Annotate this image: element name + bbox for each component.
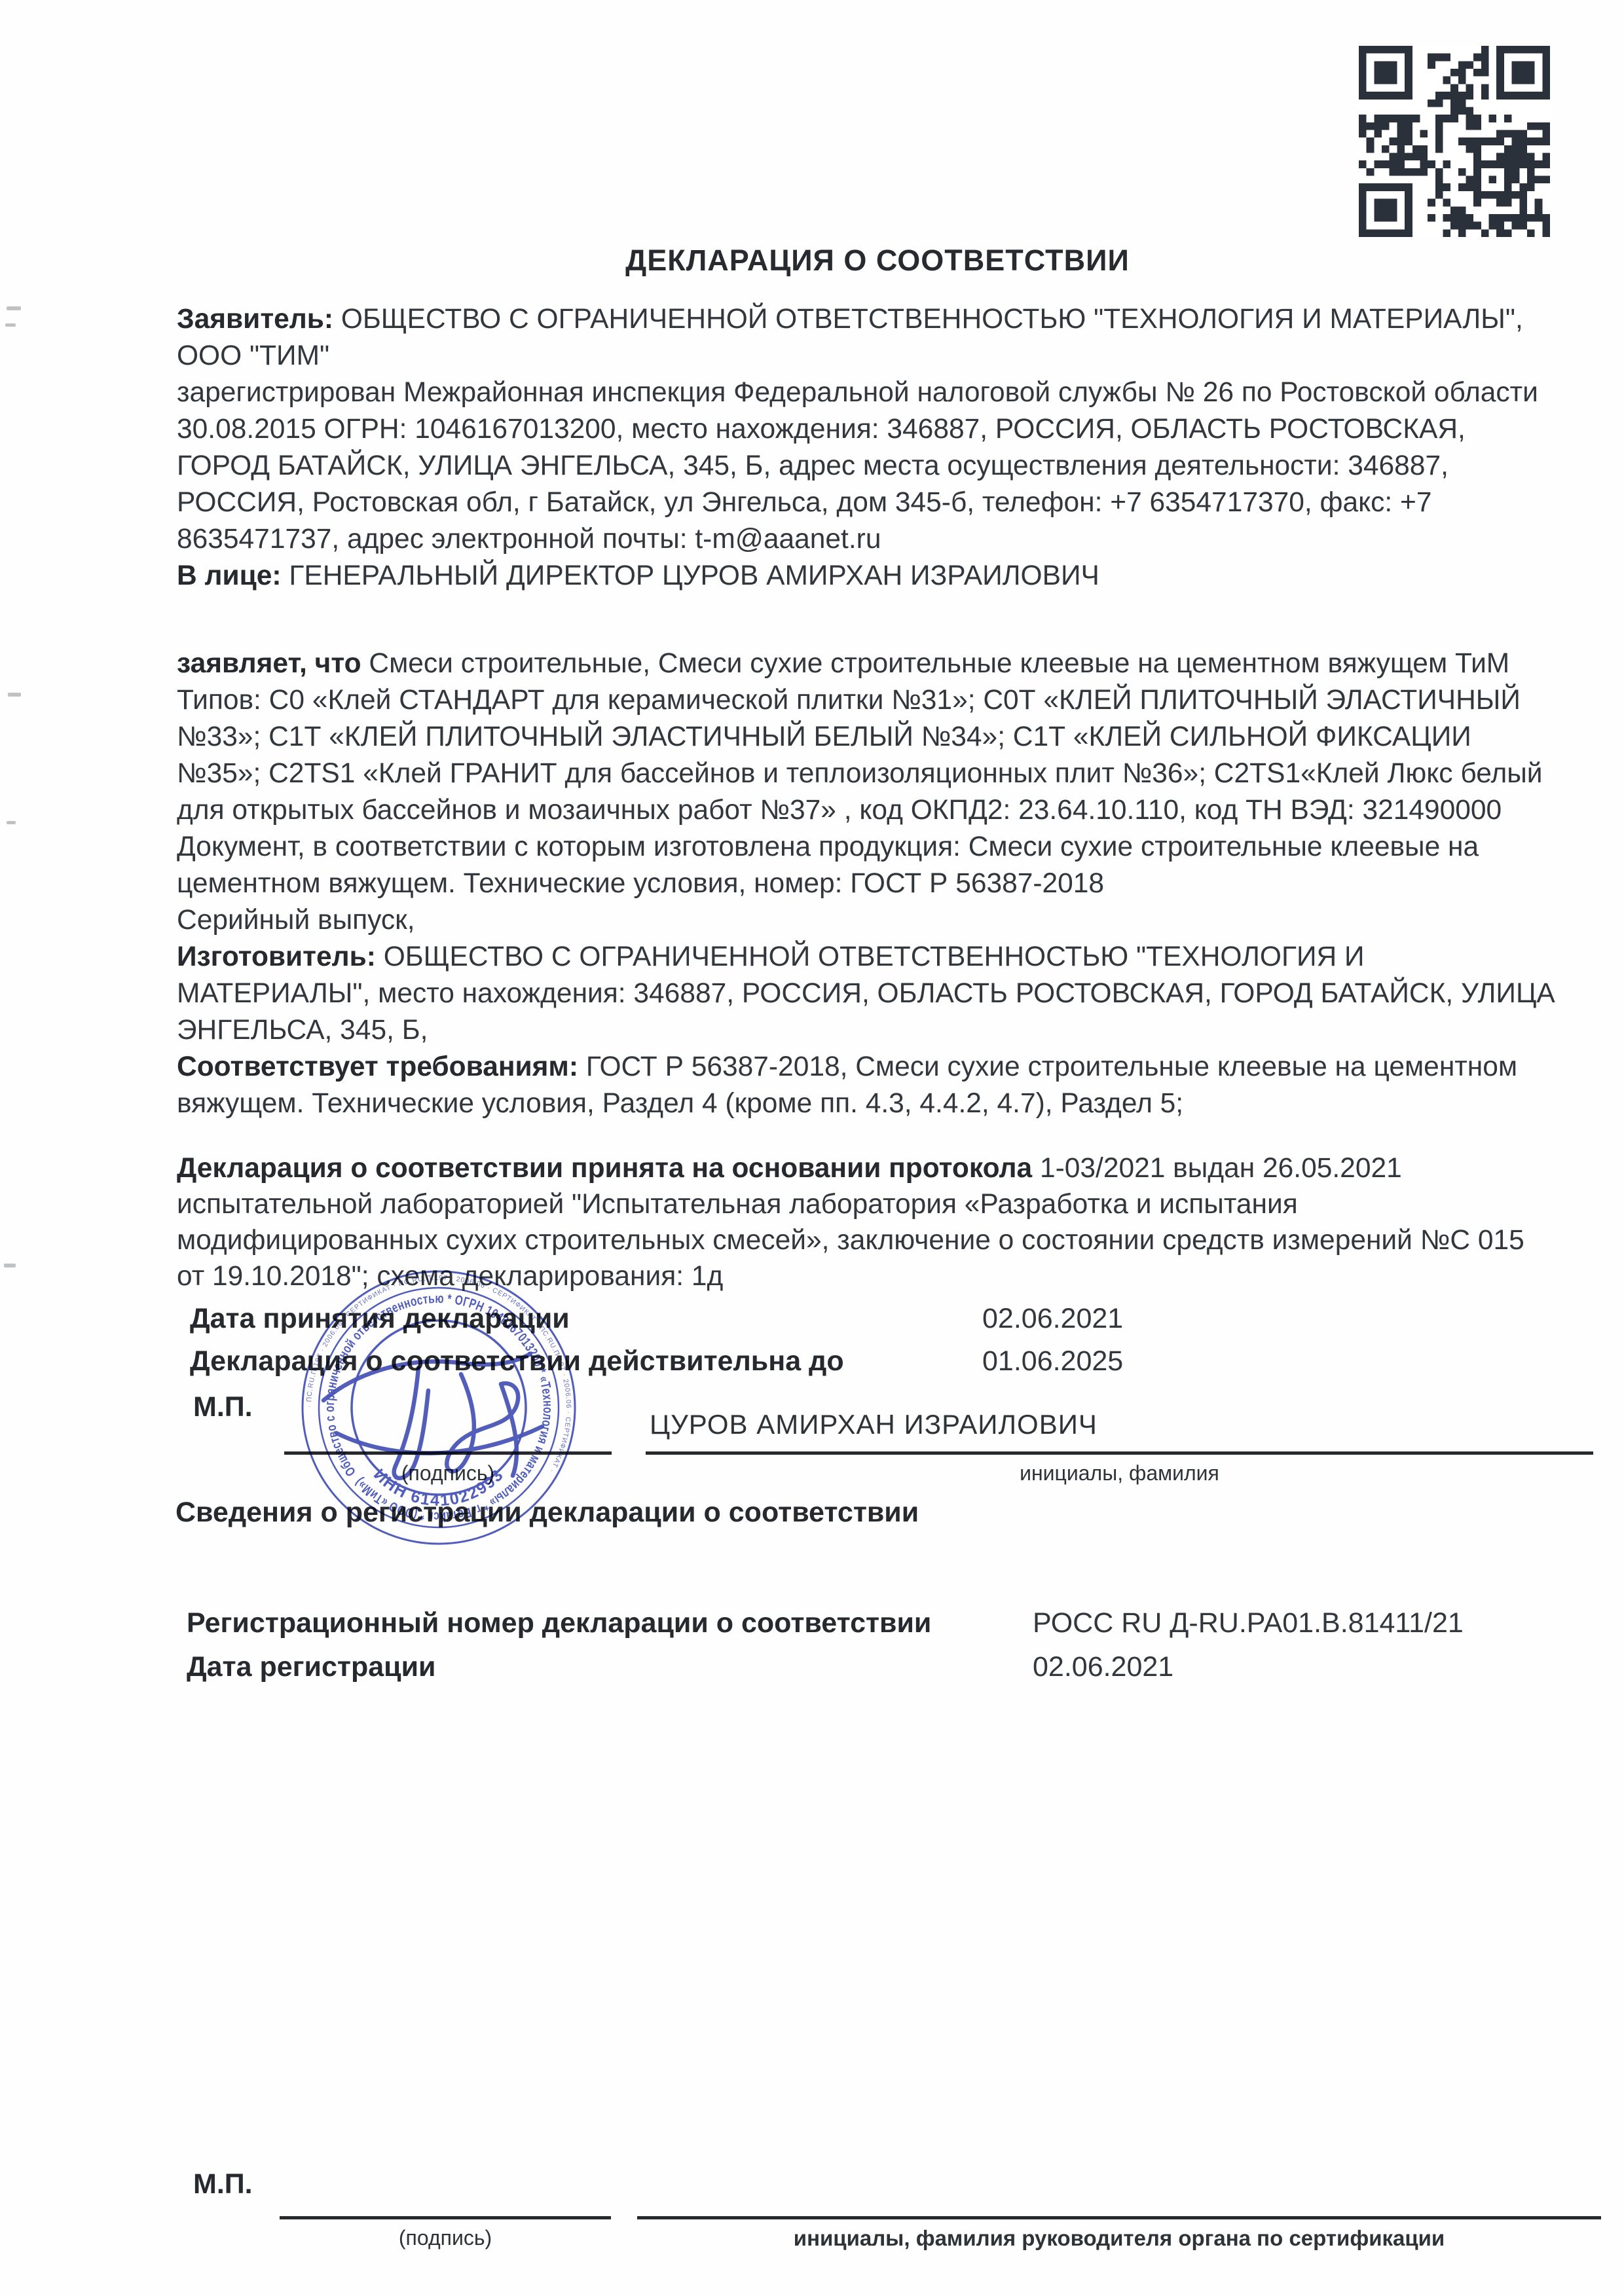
footer-signature-line (280, 2216, 611, 2219)
registration-number-label: Регистрационный номер декларации о соотв… (187, 1607, 931, 1639)
scan-noise (4, 1264, 16, 1267)
scan-noise (8, 693, 21, 697)
signatory-name: ЦУРОВ АМИРХАН ИЗРАИЛОВИЧ (650, 1409, 1098, 1440)
name-line (646, 1451, 1593, 1455)
statement-label: заявляет, что (177, 648, 361, 679)
declaration-paragraph: заявляет, что Смеси строительные, Смеси … (177, 646, 1555, 1122)
qr-code (1359, 46, 1550, 237)
footer-stamp-place-mark: М.П. (193, 2168, 253, 2200)
serial-release: Серийный выпуск, (177, 902, 1555, 939)
stamp-place-mark: М.П. (193, 1391, 253, 1423)
footer-name-caption: инициалы, фамилия руководителя органа по… (637, 2226, 1601, 2251)
conformity-label: Соответствует требованиям: (177, 1051, 578, 1082)
adoption-date-value: 02.06.2021 (982, 1303, 1123, 1335)
scan-noise (7, 821, 16, 824)
product-document: Документ, в соответствии с которым изгот… (177, 829, 1555, 902)
manufacturer-label: Изготовитель: (177, 941, 376, 972)
valid-until-value: 01.06.2025 (982, 1345, 1123, 1377)
scan-noise (7, 306, 21, 310)
basis-label: Декларация о соответствии принята на осн… (177, 1153, 1032, 1184)
applicant-person-label: В лице: (177, 560, 282, 591)
registration-date-value: 02.06.2021 (1033, 1651, 1173, 1683)
statement-text: Смеси строительные, Смеси сухие строител… (177, 648, 1543, 826)
applicant-paragraph: Заявитель: ОБЩЕСТВО С ОГРАНИЧЕННОЙ ОТВЕТ… (177, 301, 1555, 594)
scan-noise (5, 323, 16, 327)
footer-signature-caption: (подпись) (280, 2226, 611, 2250)
document-page: ДЕКЛАРАЦИЯ О СООТВЕТСТВИИ Заявитель: ОБЩ… (0, 0, 1624, 2296)
applicant-name: ОБЩЕСТВО С ОГРАНИЧЕННОЙ ОТВЕТСТВЕННОСТЬЮ… (177, 304, 1523, 371)
footer-name-line (637, 2216, 1601, 2219)
applicant-person: ГЕНЕРАЛЬНЫЙ ДИРЕКТОР ЦУРОВ АМИРХАН ИЗРАИ… (289, 560, 1099, 591)
applicant-registration: зарегистрирован Межрайонная инспекция Фе… (177, 374, 1555, 558)
manufacturer-text: ОБЩЕСТВО С ОГРАНИЧЕННОЙ ОТВЕТСТВЕННОСТЬЮ… (177, 941, 1555, 1046)
company-stamp: · ПС.RU.П.197 · 2006.06 · СЕРТИФИКАТ · П… (296, 1265, 581, 1550)
applicant-label: Заявитель: (177, 304, 333, 335)
registration-number-value: РОСС RU Д-RU.РА01.В.81411/21 (1033, 1607, 1464, 1639)
page-title: ДЕКЛАРАЦИЯ О СООТВЕТСТВИИ (223, 244, 1532, 278)
name-caption: инициалы, фамилия (646, 1461, 1593, 1485)
registration-date-label: Дата регистрации (187, 1651, 435, 1683)
